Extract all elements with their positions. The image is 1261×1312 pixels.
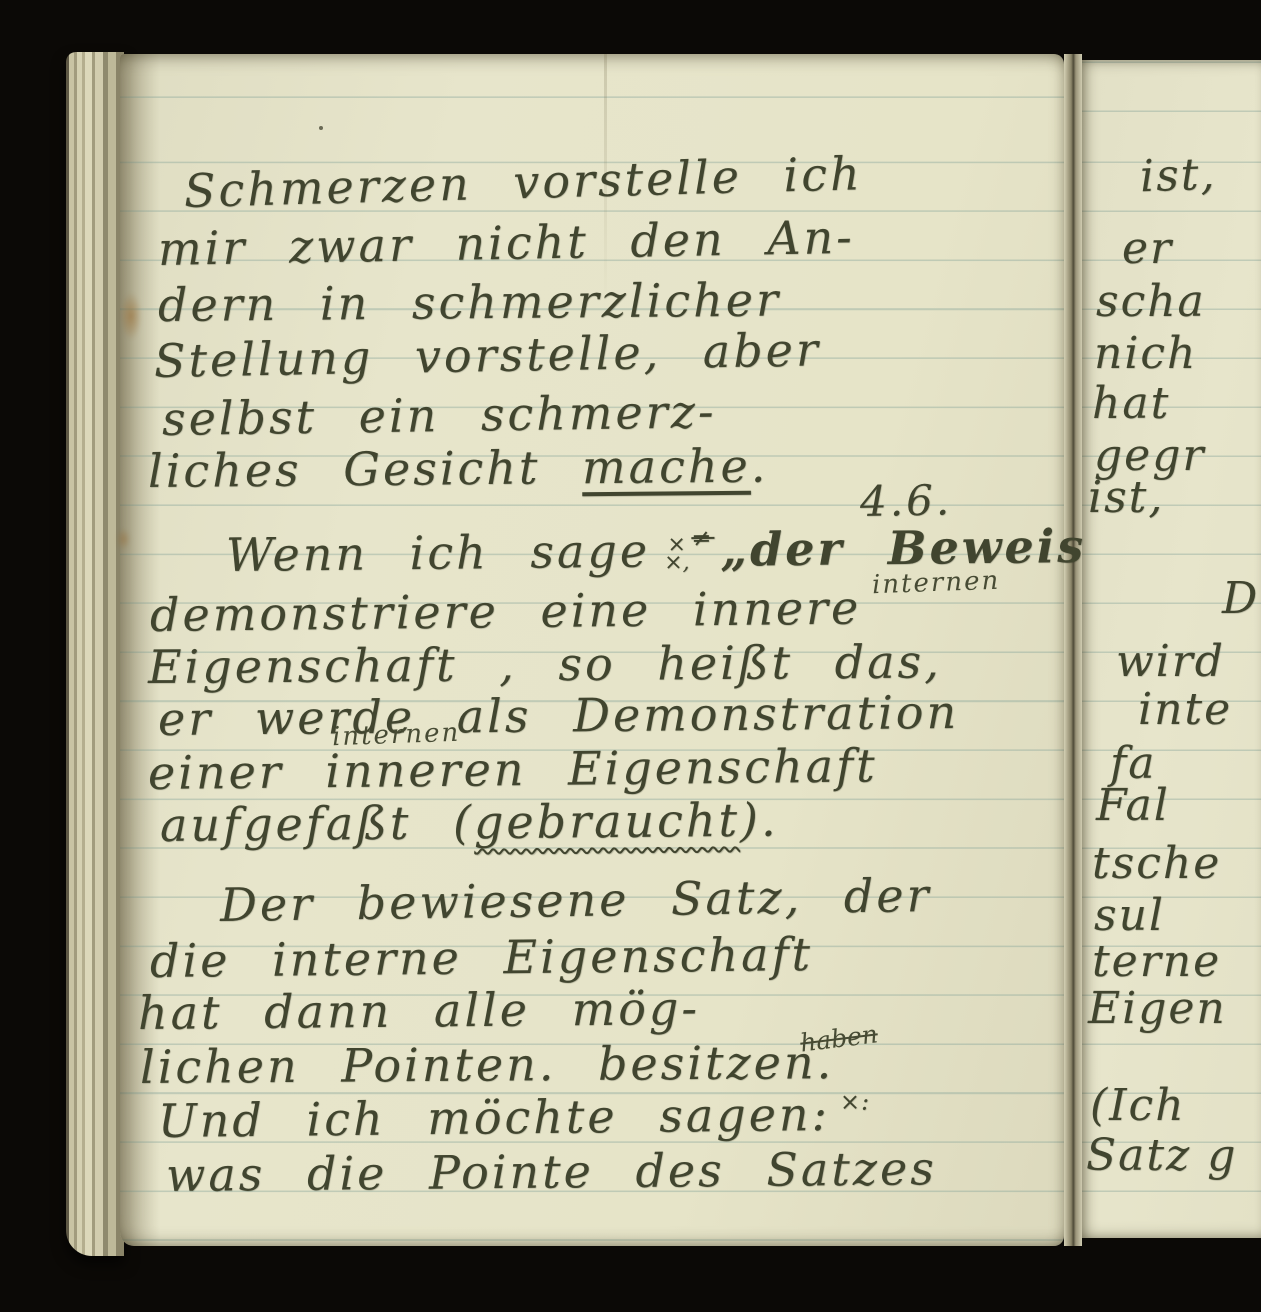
handwritten-line-10: Eigenschaft , so heißt das,	[148, 636, 942, 693]
handwritten-fragment: Satz g	[1086, 1132, 1237, 1180]
handwritten-line-18: Und ich möchte sagen:×:	[158, 1089, 871, 1148]
handwritten-fragment: nich	[1094, 330, 1197, 378]
handwritten-fragment: ist,	[1088, 474, 1164, 522]
handwritten-line-4: Stellung vorstelle, aber	[154, 324, 822, 387]
binding-gutter	[1064, 54, 1082, 1246]
handwritten-line-16: hat dann alle mög-	[138, 983, 700, 1039]
handwritten-line-5: selbst ein schmerz-	[162, 386, 717, 445]
crossed-out-mark: ≠	[691, 524, 714, 552]
handwritten-fragment: Fal	[1096, 782, 1170, 830]
handwritten-fragment: hat	[1092, 380, 1170, 428]
handwritten-fragment: inte	[1138, 686, 1232, 734]
line8-text: Wenn ich sage	[226, 524, 651, 582]
line17-word: besitzen	[598, 1035, 817, 1091]
handwritten-line-13: aufgefaßt (gebraucht).	[160, 795, 779, 852]
handwritten-fragment: sul	[1094, 892, 1165, 940]
line6-underlined-word: mache	[582, 439, 751, 494]
line13-close: ).	[740, 793, 779, 847]
insertion-marks: ××,	[664, 537, 690, 572]
line17-period: .	[816, 1035, 834, 1089]
line13-wavy-underlined-word: gebraucht	[474, 793, 740, 849]
handwritten-line-17: lichen Pointen. besitzen.	[140, 1037, 835, 1093]
stacked-page-edges	[66, 52, 124, 1256]
foxing-stain	[116, 528, 131, 550]
handwritten-fragment: (Ich	[1090, 1082, 1186, 1130]
superscript-insertion: internen	[872, 568, 1001, 598]
foxing-stain	[120, 292, 142, 340]
handwritten-fragment: wird	[1116, 638, 1225, 686]
line13-text: aufgefaßt (	[160, 795, 474, 852]
handwritten-line-15: die interne Eigenschaft	[150, 929, 814, 987]
line6-period: .	[750, 439, 768, 493]
handwritten-line-14: Der bewiesene Satz, der	[220, 870, 932, 931]
scanned-notebook-photo: Schmerzen vorstelle ich mir zwar nicht d…	[0, 0, 1261, 1312]
handwritten-fragment: D	[1222, 575, 1259, 623]
handwritten-line-19: was die Pointe des Satzes	[166, 1143, 937, 1201]
handwritten-fragment: tsche	[1092, 840, 1221, 888]
handwritten-line-3: dern in schmerzlicher	[158, 275, 781, 332]
ink-speck	[319, 126, 323, 130]
handwritten-line-12: einer inneren Eigenschaft	[148, 740, 878, 799]
handwritten-line-9: demonstriere eine innere	[150, 583, 862, 642]
handwritten-fragment: er	[1122, 225, 1173, 273]
date-heading: 4.6.	[860, 476, 953, 525]
handwritten-fragment: ist,	[1139, 151, 1217, 202]
line18-insertion-mark: ×:	[840, 1088, 870, 1116]
handwritten-line-6: liches Gesicht mache.	[148, 441, 769, 498]
line18-text: Und ich möchte sagen:	[158, 1087, 831, 1148]
handwritten-fragment: scha	[1096, 278, 1206, 326]
handwritten-fragment: Eigen	[1088, 985, 1227, 1033]
handwritten-fragment: terne	[1092, 938, 1221, 986]
insertion-mark-bottom: ×,	[664, 554, 690, 572]
line17-text: lichen Pointen.	[140, 1037, 557, 1094]
line6-text: liches Gesicht	[148, 441, 541, 498]
handwritten-line-11: er werde als Demonstration	[158, 687, 960, 746]
